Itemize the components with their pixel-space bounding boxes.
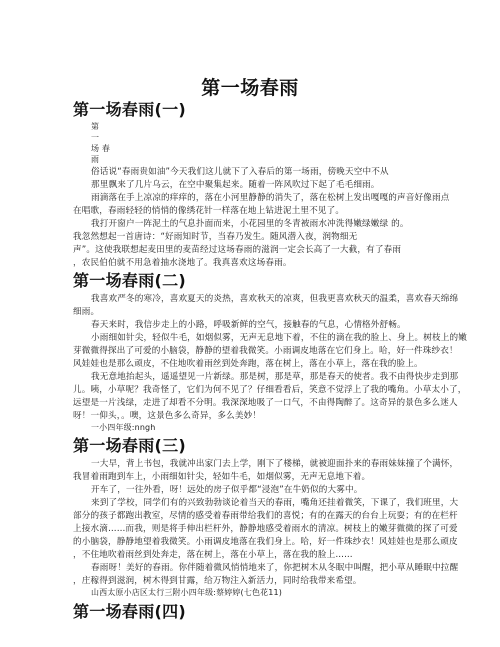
paragraph-line: 春雨呀！美好的春雨。你伴随着微风悄悄地来了，你把树木从冬眠中叫醒，把小草从睡眠中… [91, 561, 458, 573]
section-heading-2: 第一场春雨(二) [73, 268, 186, 291]
author-line: 山西太原小店区太行三附小四年级:蔡婷婷(七色花11) [91, 587, 282, 598]
section-heading-1: 第一场春雨(一) [73, 97, 186, 120]
paragraph-line: 细雨。 [73, 305, 99, 317]
author-line: 一小四年级:nngh [91, 422, 155, 433]
vertical-char: 第 [91, 121, 99, 132]
vertical-char: 一 [91, 132, 99, 143]
paragraph-line: 呀！一仰头，。噢，这景色多么奇异，多么美妙！ [73, 409, 261, 421]
paragraph-line: 雨滴落在手上凉凉的痒痒的，落在小河里静静的消失了，落在松树上发出嘎嘎的声音好像雨… [91, 191, 450, 203]
paragraph-line: 我打开窗户一阵泥土的气息扑面而来，小花园里的冬青被雨水冲洗得嫩绿嫩绿 的。 [91, 217, 409, 229]
paragraph-line: 的小脑袋，静静地望着我微笑。小雨调皮地落在我们身上。哈，好一件珠纱衣！风娃娃也是… [73, 535, 458, 547]
paragraph-line: 那里飘来了几片乌云，在空中聚集起来。随着一阵风吹过下起了毛毛细雨。 [91, 178, 380, 190]
paragraph-line: 部分的孩子都跑出教室，尽情的感受着春雨带给我们的喜悦；有的在露天的台台上玩耍；有… [73, 509, 458, 521]
paragraph-line: 声”。这使我联想起麦田里的麦苗经过这场春雨的滋润一定会长高了一大截，有了春雨 [73, 243, 401, 255]
paragraph-line: 一大早，背上书包，我就冲出家门去上学，刚下了楼梯，就被迎面扑来的春雨妹妹撞了个满… [91, 457, 458, 469]
section-heading-4: 第一场春雨(四) [73, 599, 186, 622]
paragraph-line: 我冒着雨跑到车上，小雨细如针尖，轻如牛毛，如烟似雾，无声无息地下着。 [73, 470, 370, 482]
paragraph-line: 风娃娃也是那么顽皮，不住地吹着雨丝到处奔跑，落在树上，落在小草上，落在我的脸上。 [73, 357, 423, 369]
section-heading-3: 第一场春雨(三) [73, 433, 186, 456]
vertical-char: 场 春 [91, 143, 110, 154]
vertical-char: 雨 [91, 154, 99, 165]
paragraph-line: 儿。咦，小草呢？我奇怪了，它们为何不见了？仔细看看后，笑意不觉浮上了我的嘴角。小… [73, 383, 466, 395]
paragraph-line: 春天来时，我信步走上的小路，呼吸新鲜的空气，接触春的气息，心情格外舒畅。 [91, 318, 406, 330]
paragraph-line: 芽微微得探出了可爱的小脑袋，静静的望着我微笑。小雨调皮地落在它们身上。哈，好一件… [73, 344, 458, 356]
paragraph-line: 在唱歌，春雨轻轻的悄悄的像绣花针一样落在地上钻进泥土里不见了。 [73, 204, 344, 216]
paragraph-line: ，不住地吹着雨丝到处奔走，落在树上，落在小草上，落在我的脸上…… [73, 548, 353, 560]
paragraph-line: 小雨细如针尖，轻似牛毛，如烟似雾，无声无息地下着，不住的滴在我的脸上、身上。树枝… [91, 331, 467, 343]
paragraph-line: ，农民伯伯就不用急着抽水浇地了。我真喜欢这场春雨。 [73, 256, 292, 268]
paragraph-line: 我喜欢严冬的寒冷，喜欢夏天的炎热，喜欢秋天的凉爽，但我更喜欢秋天的温柔，喜欢春天… [91, 292, 458, 304]
paragraph-line: 远望是一片浅绿，走进了却看不分明。我深深地吸了一口气，不由得陶醉了。这奇异的景色… [73, 396, 458, 408]
document-page: 第一场春雨 第一场春雨(一) 第 一 场 春 雨 俗话说“春雨贵如油”今天我们这… [0, 0, 500, 647]
paragraph-line: 来到了学校，同学们有的兴致勃勃谈论着当天的春雨，嘴角还挂着微笑，下课了，我们班里… [91, 496, 458, 508]
paragraph-line: 我忽然想起一首唐诗：“好雨知时节，当春乃发生。随风潜入夜，润物细无 [73, 230, 357, 242]
paragraph-line: ，庄稼得到滋润，树木得到甘露，给万物注入新活力，同时给我带来希望。 [73, 574, 362, 586]
paragraph-line: 开车了，一往外看，呀！远处的房子似乎都“浸泡”在牛奶似的大雾中。 [91, 483, 363, 495]
paragraph-line: 我无意地抬起头，遥遥望见一片新绿。那是树，那是草，那是春天的使者。我不由得快步走… [91, 370, 458, 382]
paragraph-line: 上接水滴……而我，则是将手伸出栏杆外，静静地感受着雨水的清凉。树枝上的嫩芽微微的… [73, 522, 458, 534]
paragraph-line: 俗话说“春雨贵如油”今天我们这儿就下了入春后的第一场雨，傍晚天空中不从 [91, 165, 389, 177]
document-title: 第一场春雨 [0, 73, 500, 100]
